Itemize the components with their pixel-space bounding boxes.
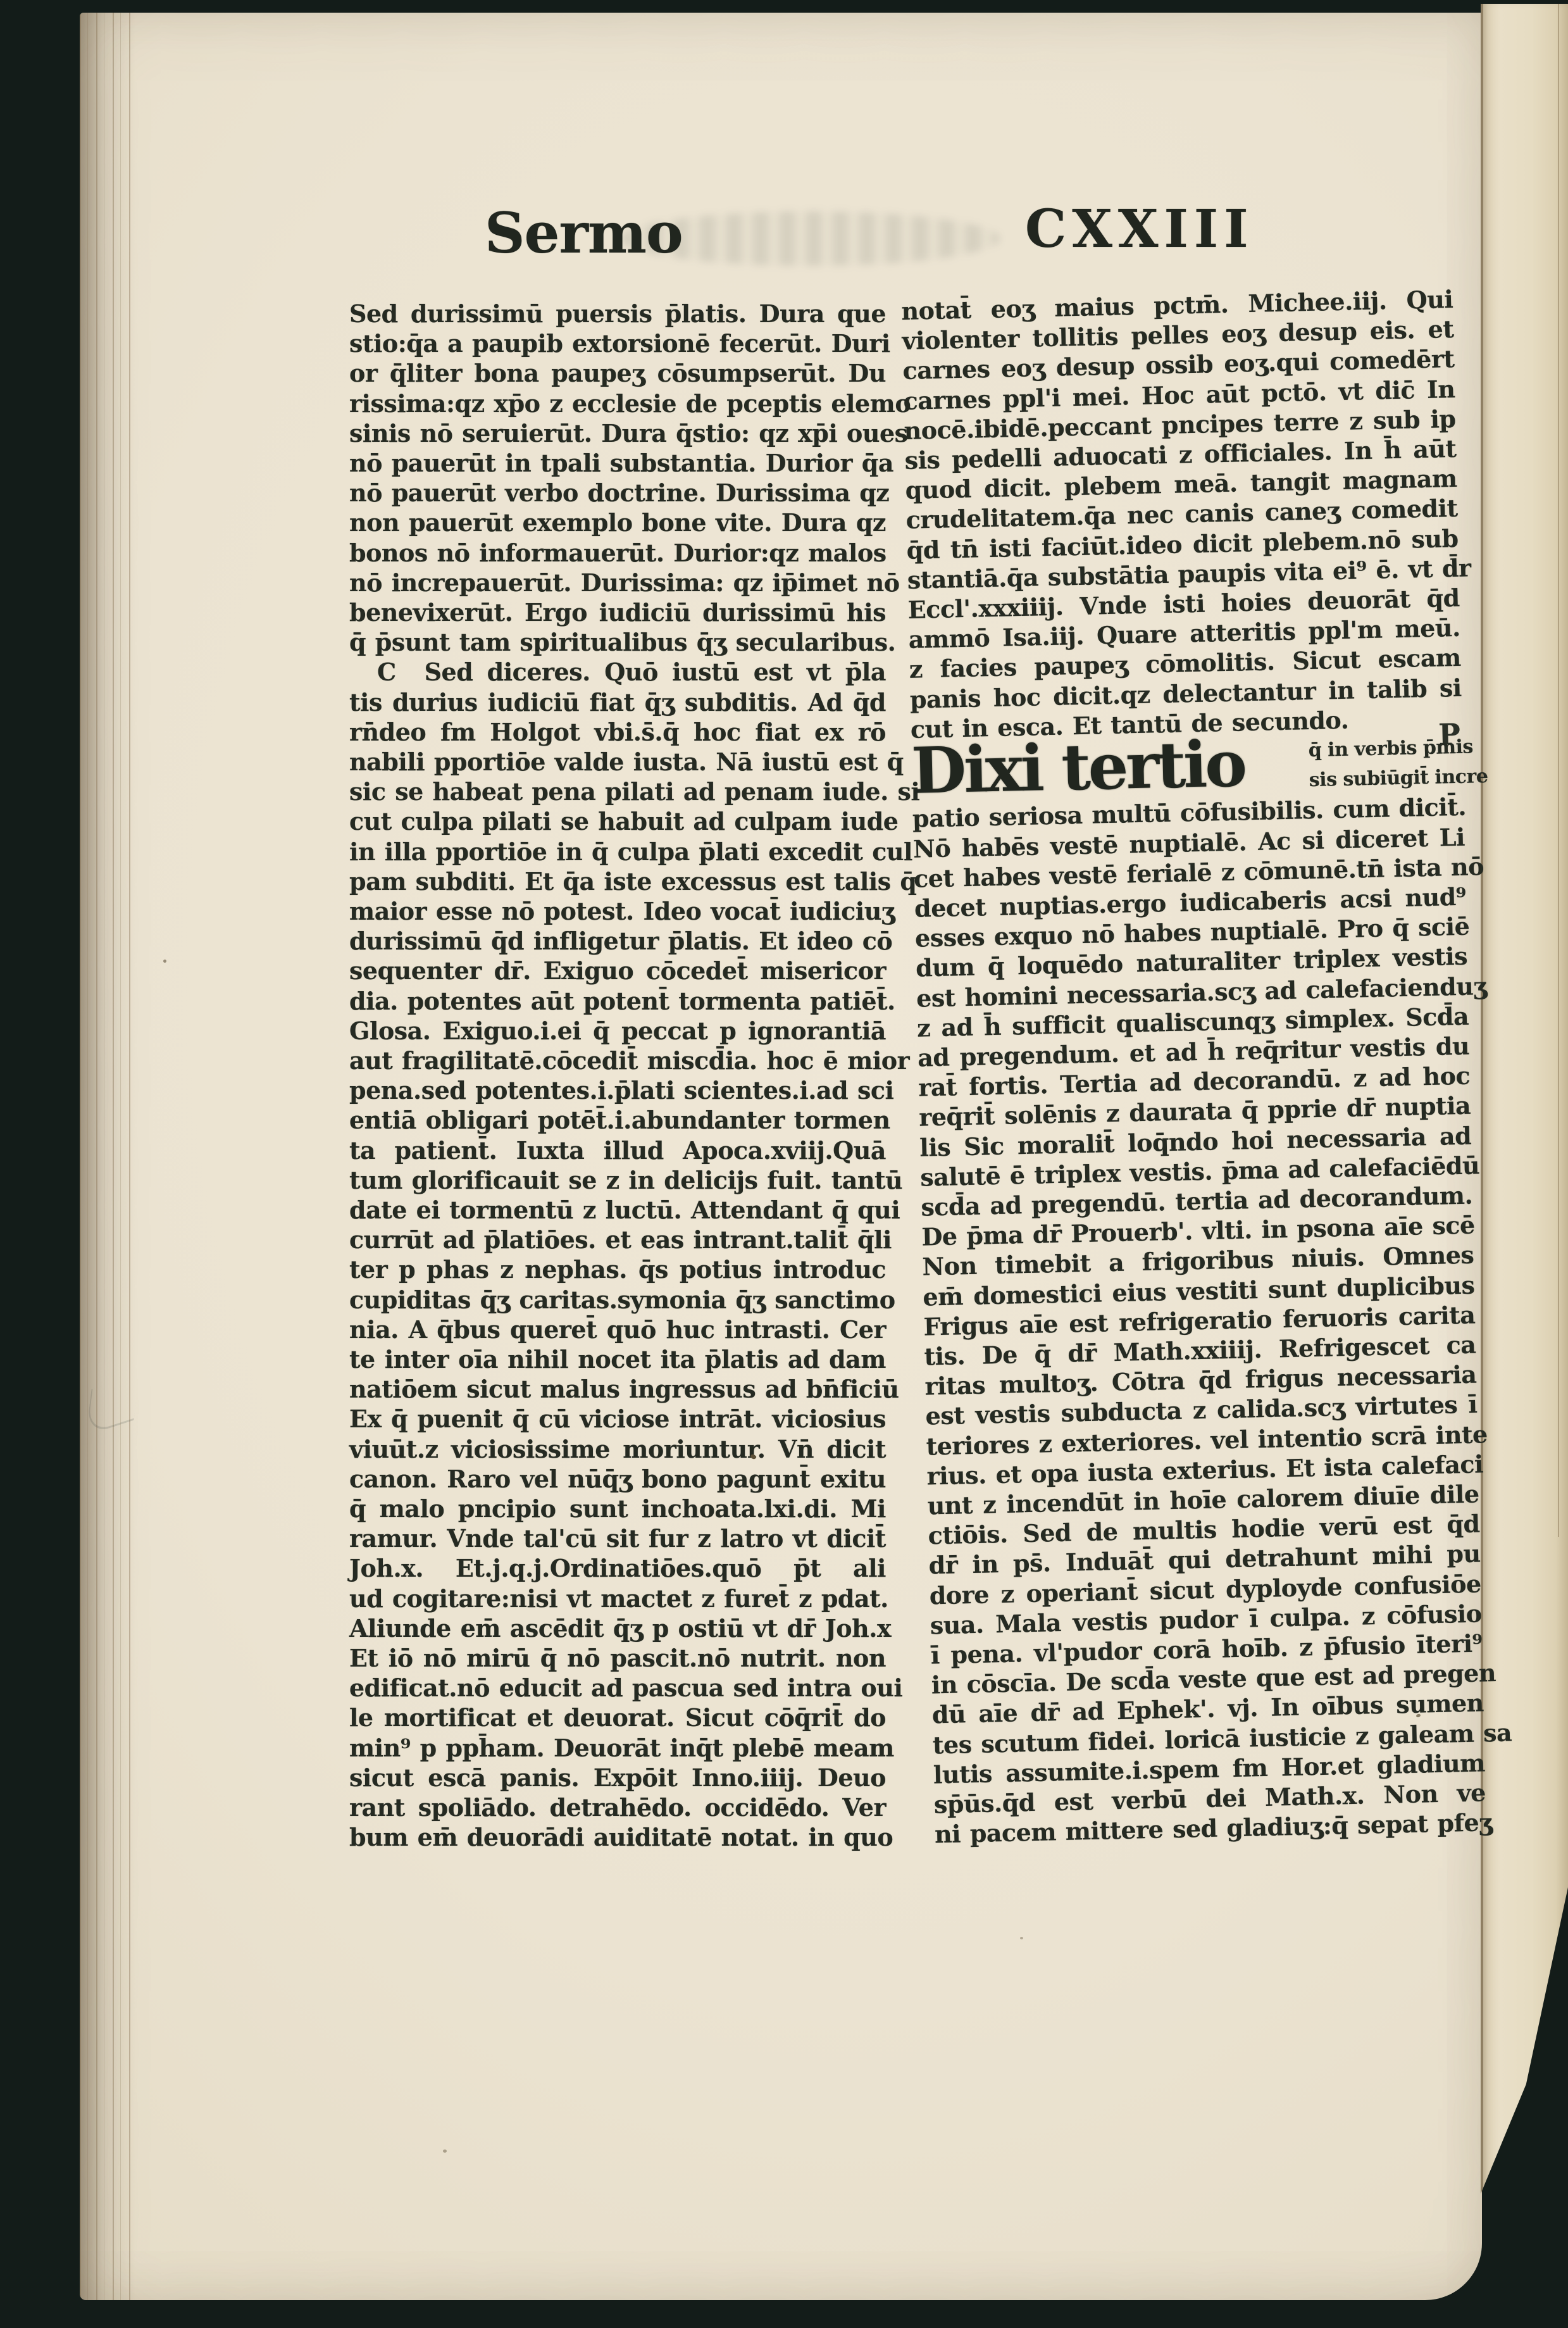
text-line: sic se habeat pena pilati ad penam iude.…	[349, 777, 886, 807]
text-line: nō pauerūt verbo doctrine. Durissima qz	[349, 478, 886, 508]
text-line: ud cogitare:nisi vt mactet z furet̄ z pd…	[349, 1584, 886, 1614]
text-line: canon. Raro vel nūq̄ʒ bono pagunt̄ exitu	[349, 1464, 886, 1494]
text-line: pam subditi. Et q̄a iste excessus est ta…	[349, 867, 886, 897]
text-line: sinis nō seruierūt. Dura q̄stio: qz xp̄i…	[349, 418, 886, 449]
text-line: non pauerūt exemplo bone vite. Dura qz	[349, 508, 886, 538]
text-line: rissima:qz xp̄o z ecclesie de pceptis el…	[349, 389, 886, 419]
text-line: nō pauerūt in tpali substantia. Durior q…	[349, 448, 886, 479]
text-line: Sed durissimū puersis p̄latis. Dura que	[349, 299, 886, 329]
text-line: bum em̄ deuorādi auiditatē notat. in quo	[349, 1822, 886, 1853]
folio-number: CXXIII	[1025, 199, 1254, 260]
text-line: q̄ malo pncipio sunt inchoata.lxi.di. Mi	[349, 1494, 886, 1524]
page-fore-edge	[1481, 4, 1568, 2194]
text-line: min⁹ p pph̄am. Deuorāt inq̄t plebē meam	[349, 1733, 886, 1763]
text-line: dia. potentes aūt potent̄ tormenta patiē…	[349, 986, 886, 1017]
initial-wrap-line: sis subiūgit̄ incre	[1309, 762, 1464, 796]
text-line: Glosa. Exiguo.i.ei q̄ peccat p ignoranti…	[349, 1016, 886, 1046]
text-line: in illa pportiōe in q̄ culpa p̄lati exce…	[349, 837, 886, 867]
text-line: Joh.x. Et.j.q.j.Ordinatiōes.quō p̄t ali	[349, 1553, 886, 1584]
ink-speck	[163, 960, 166, 963]
initial-wrap-line: q̄ in verbis p̄mis	[1308, 732, 1463, 766]
text-line: nabili pportiōe valde iusta. Nā iustū es…	[349, 747, 886, 777]
text-line: currūt ad p̄latiōes. et eas intrant.tali…	[349, 1225, 886, 1255]
text-line: nō increpauerūt. Durissima: qz ip̄imet n…	[349, 568, 886, 598]
text-line: sequenter dr̄. Exiguo cōcedet̄ misericor	[349, 956, 886, 986]
text-line: tis durius iudiciū fiat q̄ʒ subditis. Ad…	[349, 687, 886, 718]
text-line: ter p phas z nephas. q̄s potius introduc	[349, 1255, 886, 1285]
text-line: ramur. Vnde tal'cū sit fur z latro vt di…	[349, 1524, 886, 1554]
text-line: Ex q̄ puenit q̄ cū viciose intrāt. vicio…	[349, 1404, 886, 1434]
text-line: aut fragilitatē.cōcedit̄ miscd̄ia. hoc ē…	[349, 1046, 886, 1076]
text-line: sicut escā panis. Expōit Inno.iiij. Deuo	[349, 1763, 886, 1793]
text-line: rn̄deo fm Holgot vbi.s̄.q̄ hoc fiat ex r…	[349, 717, 886, 748]
text-line: natiōem sicut malus ingressus ad bn̄fici…	[349, 1374, 886, 1405]
text-line: durissimū q̄d infligetur p̄latis. Et ide…	[349, 926, 886, 956]
text-line: benevixerūt. Ergo iudiciū durissimū his	[349, 598, 886, 628]
text-line: le mortificat et deuorat. Sicut cōq̄rit̄…	[349, 1703, 886, 1733]
text-line: entiā obligari potēt̄.i.abundanter torme…	[349, 1105, 886, 1136]
text-line: viuūt.z viciosissime moriuntur. Vn̄ dici…	[349, 1434, 886, 1465]
text-line: cut culpa pilati se habuit ad culpam iud…	[349, 806, 886, 837]
text-line: maior esse nō potest. Ideo vocat̄ iudici…	[349, 896, 886, 927]
text-line: Et iō nō mirū q̄ nō pascit.nō nutrit. no…	[349, 1643, 886, 1674]
text-line: edificat.nō educit ad pascua sed intra o…	[349, 1673, 886, 1703]
text-line: nia. A q̄bus queret̄ quō huc intrasti. C…	[349, 1315, 886, 1345]
text-line: Aliunde em̄ ascēdit q̄ʒ p ostiū vt dr̄ J…	[349, 1613, 886, 1644]
binding-gutter	[80, 13, 135, 2300]
running-title: Sermo	[485, 200, 683, 266]
text-line: stio:q̄a a paupib extorsionē fecerūt. Du…	[349, 329, 886, 359]
text-line: ta patient̄. Iuxta illud Apoca.xviij.Quā	[349, 1136, 886, 1166]
text-line: bonos nō informauerūt. Durior:qz malos	[349, 538, 886, 568]
text-line: or q̄liter bona paupeʒ cōsumpserūt. Du	[349, 358, 886, 389]
left-text-column: Sed durissimū puersis p̄latis. Dura ques…	[349, 299, 886, 1862]
right-text-column: Dixi tertio P notat̄ eoʒ maius pctm̄. Mi…	[901, 284, 1487, 1859]
text-line: pena.sed potentes.i.p̄lati scientes.i.ad…	[349, 1075, 886, 1106]
text-line: C Sed diceres. Quō iustū est vt p̄la	[349, 657, 886, 687]
text-line: cupiditas q̄ʒ caritas.symonia q̄ʒ sancti…	[349, 1285, 886, 1315]
text-line: date ei tormentū z luctū. Attendant q̄ q…	[349, 1195, 886, 1225]
text-line: te inter oīa nihil nocet ita p̄latis ad …	[349, 1344, 886, 1375]
ink-speck	[443, 2150, 447, 2153]
ink-speck	[1020, 1937, 1023, 1939]
text-line: tum glorificauit se z in delicijs fuit. …	[349, 1165, 886, 1196]
text-line: rant spoliādo. detrahēdo. occidēdo. Ver	[349, 1793, 886, 1823]
text-line: q̄ p̄sunt tam spiritualibus q̄ʒ seculari…	[349, 627, 886, 658]
